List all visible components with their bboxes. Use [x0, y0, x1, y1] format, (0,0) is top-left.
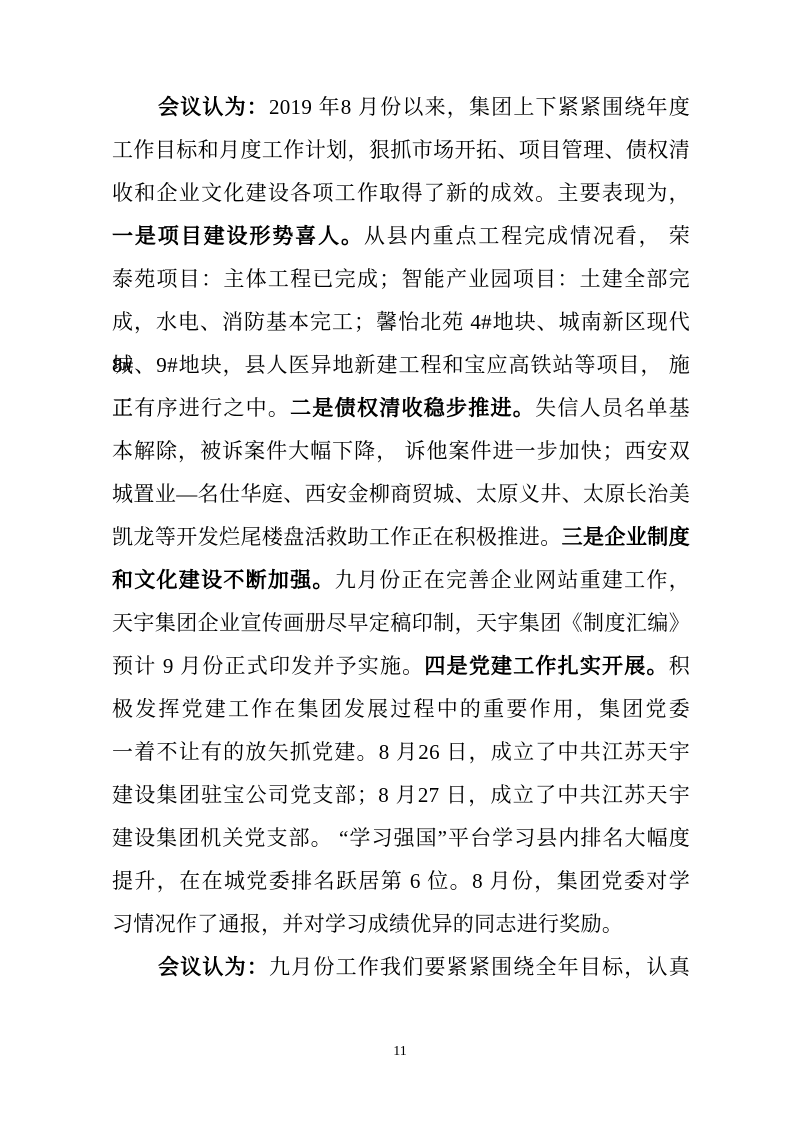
text-line: 建设集团驻宝公司党支部；8 月27 日，成立了中共江苏天宇 — [112, 774, 690, 817]
text-line: 天宇集团企业宣传画册尽早定稿印制，天宇集团《制度汇编》 — [112, 602, 690, 645]
text-run: 习情况作了通报，并对学习成绩优异的同志进行奖励。 — [112, 912, 623, 936]
text-line: 8#、9#地块，县人医异地新建工程和宝应高铁站等项目， 施工 — [112, 344, 690, 387]
bold-text-run: 会议认为： — [158, 955, 269, 979]
text-line: 成，水电、消防基本完工；馨怡北苑 4#地块、城南新区现代城 — [112, 301, 690, 344]
bold-text-run: 二是债权清收稳步推进。 — [290, 396, 535, 420]
page-number: 11 — [0, 1042, 800, 1062]
text-run: 城置业—名仕华庭、西安金柳商贸城、太原义井、太原长治美 — [112, 482, 690, 506]
bold-text-run: 四是党建工作扎实开展。 — [424, 654, 668, 678]
text-run: 九月份正在完善企业网站重建工作， — [335, 568, 690, 592]
text-run: 失信人员名单基 — [535, 396, 690, 420]
bold-text-run: 一是项目建设形势喜人。 — [112, 224, 364, 248]
text-line: 本解除，被诉案件大幅下降， 诉他案件进一步加快；西安双 — [112, 430, 690, 473]
text-run: 一着不让有的放矢抓党建。8 月26 日，成立了中共江苏天宇 — [112, 740, 690, 764]
text-run: 工作目标和月度工作计划，狠抓市场开拓、项目管理、债权清 — [112, 138, 690, 162]
text-line: 泰苑项目：主体工程已完成；智能产业园项目：土建全部完 — [112, 258, 690, 301]
text-run: 天宇集团企业宣传画册尽早定稿印制，天宇集团《制度汇编》 — [112, 611, 690, 635]
text-run: 凯龙等开发烂尾楼盘活救助工作正在积极推进。 — [112, 525, 562, 549]
text-run: 收和企业文化建设各项工作取得了新的成效。主要表现为， — [112, 181, 690, 205]
bold-text-run: 会议认为： — [158, 95, 269, 119]
text-run: 预计 9 月份正式印发并予实施。 — [112, 654, 424, 678]
document-page: 会议认为：2019 年8 月份以来，集团上下紧紧围绕年度工作目标和月度工作计划，… — [0, 0, 800, 1131]
text-line: 一着不让有的放矢抓党建。8 月26 日，成立了中共江苏天宇 — [112, 731, 690, 774]
text-line: 收和企业文化建设各项工作取得了新的成效。主要表现为， — [112, 172, 690, 215]
text-run: 积 — [669, 654, 690, 678]
text-line: 习情况作了通报，并对学习成绩优异的同志进行奖励。 — [112, 903, 690, 946]
document-body: 会议认为：2019 年8 月份以来，集团上下紧紧围绕年度工作目标和月度工作计划，… — [112, 86, 690, 989]
text-run: 建设集团驻宝公司党支部；8 月27 日，成立了中共江苏天宇 — [112, 783, 690, 807]
text-line: 会议认为：九月份工作我们要紧紧围绕全年目标，认真 — [112, 946, 690, 989]
text-run: 极发挥党建工作在集团发展过程中的重要作用，集团党委 — [112, 697, 690, 721]
text-line: 预计 9 月份正式印发并予实施。四是党建工作扎实开展。积 — [112, 645, 690, 688]
text-run: 从县内重点工程完成情况看， 荣 — [364, 224, 690, 248]
text-run: 正有序进行之中。 — [112, 396, 290, 420]
text-run: 提升，在在城党委排名跃居第 6 位。8 月份，集团党委对学 — [112, 869, 690, 893]
bold-text-run: 三是企业制度 — [562, 525, 690, 549]
text-line: 会议认为：2019 年8 月份以来，集团上下紧紧围绕年度 — [112, 86, 690, 129]
text-line: 正有序进行之中。二是债权清收稳步推进。失信人员名单基 — [112, 387, 690, 430]
text-line: 和文化建设不断加强。九月份正在完善企业网站重建工作， — [112, 559, 690, 602]
text-run: 本解除，被诉案件大幅下降， 诉他案件进一步加快；西安双 — [112, 439, 690, 463]
text-run: 泰苑项目：主体工程已完成；智能产业园项目：土建全部完 — [112, 267, 690, 291]
text-line: 城置业—名仕华庭、西安金柳商贸城、太原义井、太原长治美 — [112, 473, 690, 516]
text-line: 提升，在在城党委排名跃居第 6 位。8 月份，集团党委对学 — [112, 860, 690, 903]
text-line: 凯龙等开发烂尾楼盘活救助工作正在积极推进。三是企业制度 — [112, 516, 690, 559]
bold-text-run: 和文化建设不断加强。 — [112, 568, 335, 592]
text-line: 极发挥党建工作在集团发展过程中的重要作用，集团党委 — [112, 688, 690, 731]
text-run: 2019 年8 月份以来，集团上下紧紧围绕年度 — [269, 95, 690, 119]
text-run: 九月份工作我们要紧紧围绕全年目标，认真 — [269, 955, 690, 979]
text-run: 建设集团机关党支部。 “学习强国”平台学习县内排名大幅度 — [112, 826, 690, 850]
text-line: 工作目标和月度工作计划，狠抓市场开拓、项目管理、债权清 — [112, 129, 690, 172]
text-line: 一是项目建设形势喜人。从县内重点工程完成情况看， 荣 — [112, 215, 690, 258]
text-line: 建设集团机关党支部。 “学习强国”平台学习县内排名大幅度 — [112, 817, 690, 860]
